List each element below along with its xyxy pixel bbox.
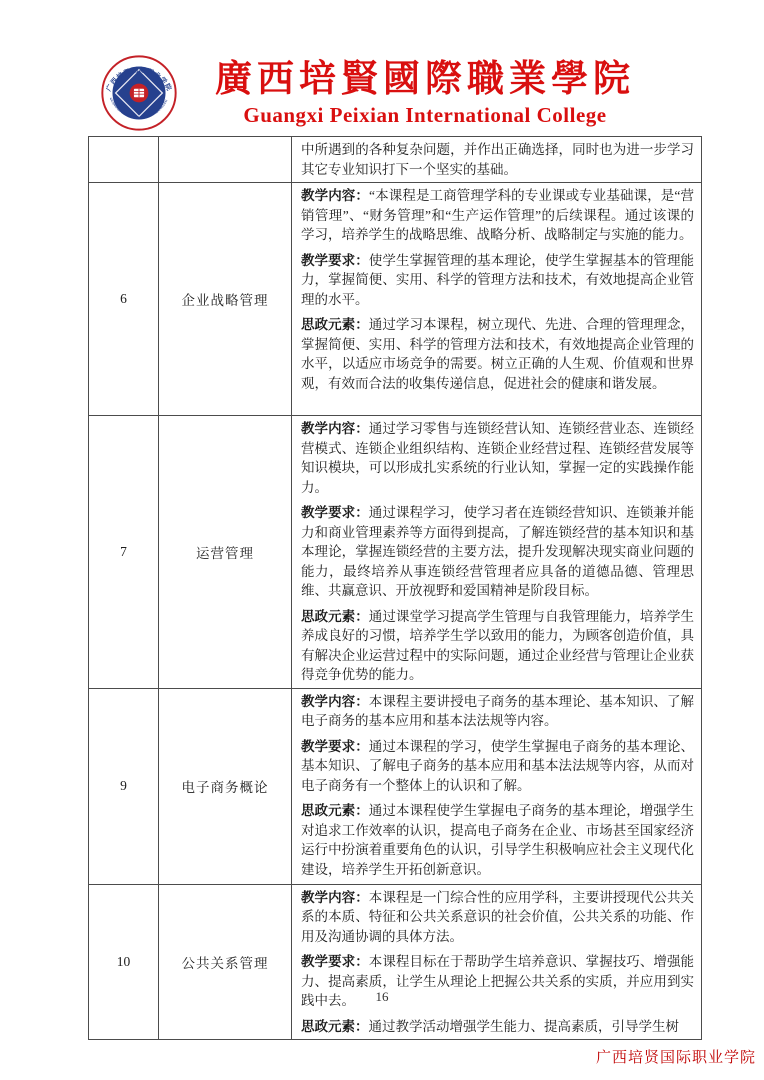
course-description-cell: 教学内容：本课程是一门综合性的应用学科，主要讲授现代公共关系的本质、特征和公共关… [292, 884, 702, 1040]
description-paragraph: 教学要求：通过课程学习，使学习者在连锁经营知识、连锁兼并能力和商业管理素养等方面… [301, 503, 694, 601]
description-paragraph: 思政元素：通过课堂学习提高学生管理与自我管理能力，培养学生养成良好的习惯，培养学… [301, 607, 694, 685]
section-label: 思政元素： [301, 1019, 369, 1034]
course-number-cell: 6 [89, 183, 159, 416]
description-paragraph: 思政元素：通过教学活动增强学生能力、提高素质，引导学生树 [301, 1017, 694, 1037]
page-number: 16 [0, 989, 764, 1005]
section-label: 教学要求： [301, 954, 369, 969]
college-name-en: Guangxi Peixian International College [188, 102, 662, 128]
description-paragraph: 教学内容：本课程是一门综合性的应用学科，主要讲授现代公共关系的本质、特征和公共关… [301, 888, 694, 947]
course-table-body: 中所遇到的各种复杂问题，并作出正确选择，同时也为进一步学习其它专业知识打下一个坚… [89, 137, 702, 1040]
course-number-cell: 10 [89, 884, 159, 1040]
course-number-cell: 7 [89, 416, 159, 689]
description-paragraph: 教学内容：本课程主要讲授电子商务的基本理论、基本知识、了解电子商务的基本应用和基… [301, 692, 694, 731]
college-title-block: 廣西培賢國際職業學院 Guangxi Peixian International… [188, 58, 662, 128]
course-name-cell: 公共关系管理 [159, 884, 292, 1040]
section-label: 思政元素： [301, 317, 369, 332]
table-row: 中所遇到的各种复杂问题，并作出正确选择，同时也为进一步学习其它专业知识打下一个坚… [89, 137, 702, 183]
section-label: 教学内容： [301, 188, 369, 203]
section-label: 教学内容： [301, 890, 369, 905]
course-description-cell: 中所遇到的各种复杂问题，并作出正确选择，同时也为进一步学习其它专业知识打下一个坚… [292, 137, 702, 183]
course-name-cell: 企业战略管理 [159, 183, 292, 416]
table-row: 9 电子商务概论 教学内容：本课程主要讲授电子商务的基本理论、基本知识、了解电子… [89, 688, 702, 884]
college-name-zh: 廣西培賢國際職業學院 [188, 58, 662, 102]
section-label: 思政元素： [301, 803, 369, 818]
course-name-cell [159, 137, 292, 183]
course-description-cell: 教学内容：“本课程是工商管理学科的专业课或专业基础课，是“营销管理”、“财务管理… [292, 183, 702, 416]
course-description-cell: 教学内容：通过学习零售与连锁经营认知、连锁经营业态、连锁经营模式、连锁企业组织结… [292, 416, 702, 689]
section-label: 教学内容： [301, 421, 369, 436]
footer-college-name: 广西培贤国际职业学院 [596, 1046, 756, 1067]
course-name-cell: 运营管理 [159, 416, 292, 689]
course-description-cell: 教学内容：本课程主要讲授电子商务的基本理论、基本知识、了解电子商务的基本应用和基… [292, 688, 702, 884]
table-row: 6 企业战略管理 教学内容：“本课程是工商管理学科的专业课或专业基础课，是“营销… [89, 183, 702, 416]
section-label: 教学内容： [301, 694, 369, 709]
section-text: 通过教学活动增强学生能力、提高素质，引导学生树 [369, 1019, 680, 1034]
course-table: 中所遇到的各种复杂问题，并作出正确选择，同时也为进一步学习其它专业知识打下一个坚… [88, 136, 702, 1040]
course-name-cell: 电子商务概论 [159, 688, 292, 884]
section-text: 中所遇到的各种复杂问题，并作出正确选择，同时也为进一步学习其它专业知识打下一个坚… [301, 142, 694, 177]
section-label: 教学要求： [301, 739, 369, 754]
section-label: 教学要求： [301, 253, 369, 268]
description-paragraph: 教学要求：使学生掌握管理的基本理论，使学生掌握基本的管理能力，掌握简便、实用、科… [301, 251, 694, 310]
course-number-cell [89, 137, 159, 183]
description-paragraph: 教学内容：通过学习零售与连锁经营认知、连锁经营业态、连锁经营模式、连锁企业组织结… [301, 419, 694, 497]
document-page: { "colors": { "brand_red": "#d90f0f", "e… [0, 0, 764, 1080]
table-row: 10 公共关系管理 教学内容：本课程是一门综合性的应用学科，主要讲授现代公共关系… [89, 884, 702, 1040]
description-paragraph: 中所遇到的各种复杂问题，并作出正确选择，同时也为进一步学习其它专业知识打下一个坚… [301, 140, 694, 179]
section-label: 教学要求： [301, 505, 369, 520]
section-label: 思政元素： [301, 609, 369, 624]
description-paragraph: 教学内容：“本课程是工商管理学科的专业课或专业基础课，是“营销管理”、“财务管理… [301, 186, 694, 245]
description-paragraph: 教学要求：通过本课程的学习，使学生掌握电子商务的基本理论、基本知识、了解电子商务… [301, 737, 694, 796]
description-paragraph: 思政元素：通过本课程使学生掌握电子商务的基本理论，增强学生对追求工作效率的认识，… [301, 801, 694, 879]
college-header: 广西培贤国际职业学院 GUANGXI PEIXIAN INTERNATIONAL… [100, 54, 662, 132]
table-row: 7 运营管理 教学内容：通过学习零售与连锁经营认知、连锁经营业态、连锁经营模式、… [89, 416, 702, 689]
description-paragraph: 思政元素：通过学习本课程，树立现代、先进、合理的管理理念，掌握简便、实用、科学的… [301, 315, 694, 393]
course-number-cell: 9 [89, 688, 159, 884]
college-emblem-icon: 广西培贤国际职业学院 GUANGXI PEIXIAN INTERNATIONAL… [100, 54, 178, 132]
